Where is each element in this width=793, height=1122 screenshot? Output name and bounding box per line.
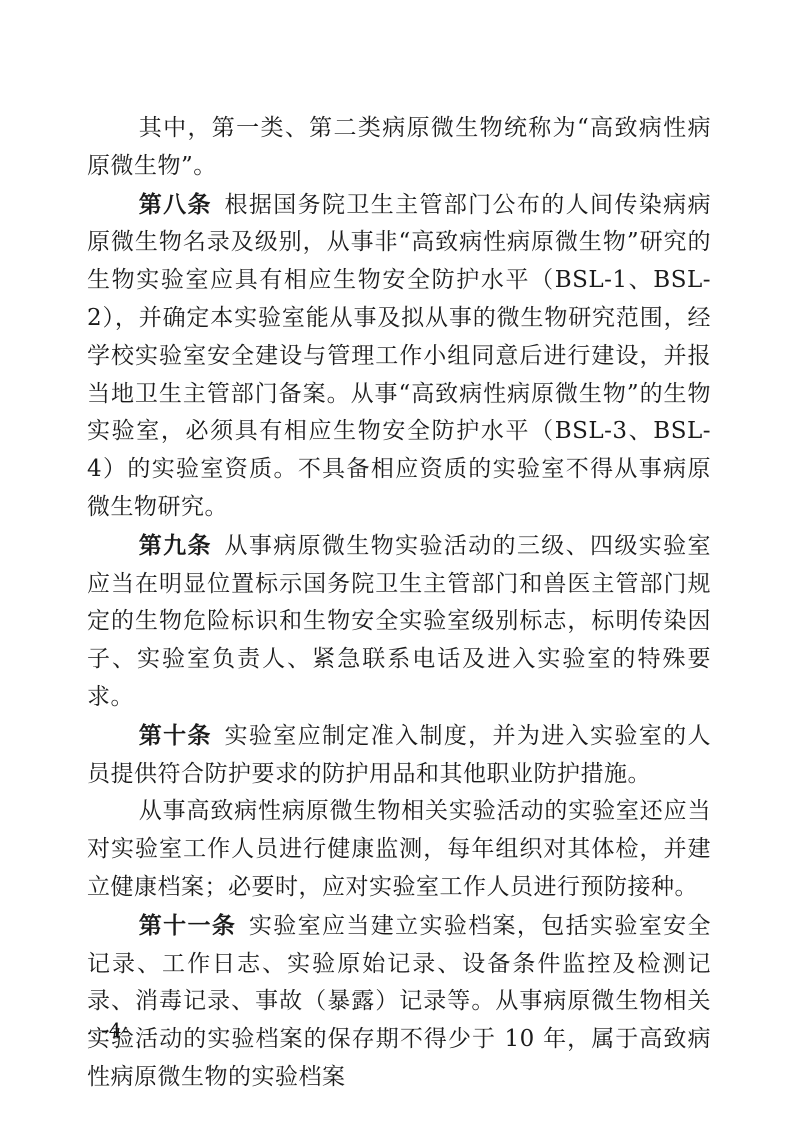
paragraph-article-8: 第八条根据国务院卫生主管部门公布的人间传染病病原微生物名录及级别，从事非“高致病… — [87, 186, 711, 527]
paragraph-text: 根据国务院卫生主管部门公布的人间传染病病原微生物名录及级别，从事非“高致病性病原… — [87, 192, 711, 520]
paragraph: 其中，第一类、第二类病原微生物统称为“高致病性病原微生物”。 — [87, 110, 711, 186]
paragraph-article-10: 第十条实验室应制定准入制度，并为进入实验室的人员提供符合防护要求的防护用品和其他… — [87, 717, 711, 794]
paragraph-text: 从事高致病性病原微生物相关实验活动的实验室还应当对实验室工作人员进行健康监测，每… — [87, 798, 711, 900]
paragraph-text: 从事病原微生物实验活动的三级、四级实验室应当在明显位置标示国务院卫生主管部门和兽… — [87, 533, 711, 710]
paragraph-article-9: 第九条从事病原微生物实验活动的三级、四级实验室应当在明显位置标示国务院卫生主管部… — [87, 527, 711, 717]
article-label: 第十一条 — [139, 912, 236, 939]
paragraph-text: 实验室应当建立实验档案，包括实验室安全记录、工作日志、实验原始记录、设备条件监控… — [87, 913, 711, 1090]
document-body: 其中，第一类、第二类病原微生物统称为“高致病性病原微生物”。 第八条根据国务院卫… — [87, 110, 711, 1097]
paragraph: 从事高致病性病原微生物相关实验活动的实验室还应当对实验室工作人员进行健康监测，每… — [87, 793, 711, 906]
paragraph-text: 其中，第一类、第二类病原微生物统称为“高致病性病原微生物”。 — [87, 115, 711, 179]
document-page: 其中，第一类、第二类病原微生物统称为“高致病性病原微生物”。 第八条根据国务院卫… — [0, 0, 793, 1122]
page-number: -4- — [101, 1018, 130, 1042]
article-label: 第八条 — [139, 191, 212, 218]
article-label: 第十条 — [139, 722, 212, 749]
paragraph-article-11: 第十一条实验室应当建立实验档案，包括实验室安全记录、工作日志、实验原始记录、设备… — [87, 907, 711, 1097]
article-label: 第九条 — [139, 532, 212, 559]
